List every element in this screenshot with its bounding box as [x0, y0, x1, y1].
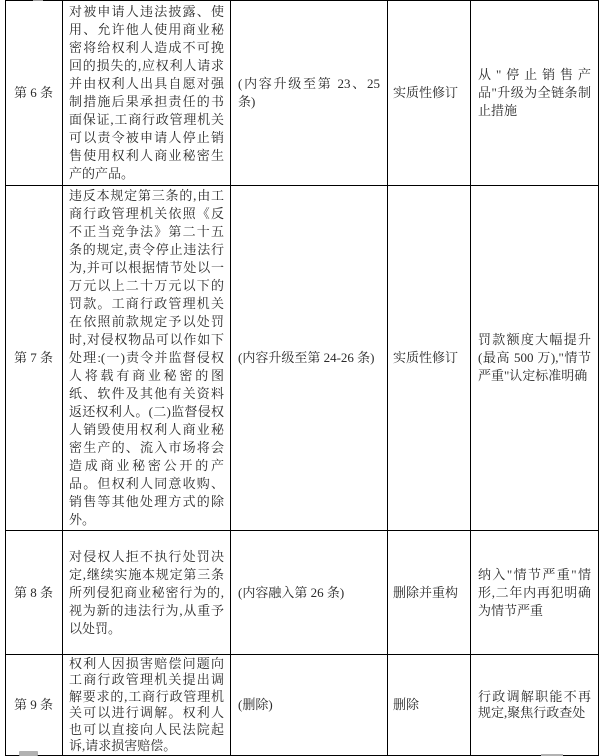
revision-comparison-table: 第 6 条 对被申请人违法披露、使用、允许他人使用商业秘密将给权利人造成不可挽回… — [5, 0, 599, 756]
comment-cell: 行政调解职能不再规定,聚焦行政查处 — [471, 655, 599, 756]
table-row: 第 8 条 对侵权人拒不执行处罚决定,继续实施本规定第三条所列侵犯商业秘密行为的… — [6, 531, 599, 655]
mapping-note-cell: (内容融入第 26 条) — [231, 531, 388, 655]
original-text-cell: 权利人因损害赔偿问题向工商行政管理机关提出调解要求的,工商行政管理机关可以进行调… — [63, 655, 231, 756]
table-row: 第 7 条 违反本规定第三条的,由工商行政管理机关依照《反不正当竞争法》第二十五… — [6, 186, 599, 531]
revision-type-cell: 删除并重构 — [388, 531, 471, 655]
mapping-note-cell: (内容升级至第 24-26 条) — [231, 186, 388, 531]
mapping-note-cell: (删除) — [231, 655, 388, 756]
article-number-cell: 第 6 条 — [6, 1, 63, 186]
comment-cell: 罚款额度大幅提升(最高 500 万),"情节严重"认定标准明确 — [471, 186, 599, 531]
table-handle-artifact-left — [19, 751, 38, 756]
revision-type-cell: 实质性修订 — [388, 1, 471, 186]
article-number-cell: 第 8 条 — [6, 531, 63, 655]
mapping-note-cell: (内容升级至第 23、25 条) — [231, 1, 388, 186]
original-text-cell: 对被申请人违法披露、使用、允许他人使用商业秘密将给权利人造成不可挽回的损失的,应… — [63, 1, 231, 186]
article-number-cell: 第 7 条 — [6, 186, 63, 531]
table-row: 第 9 条 权利人因损害赔偿问题向工商行政管理机关提出调解要求的,工商行政管理机… — [6, 655, 599, 756]
revision-type-cell: 删除 — [388, 655, 471, 756]
comment-cell: 纳入"情节严重"情形,二年内再犯明确为情节严重 — [471, 531, 599, 655]
page-edge-artifact — [33, 0, 43, 1]
original-text-cell: 违反本规定第三条的,由工商行政管理机关依照《反不正当竞争法》第二十五条的规定,责… — [63, 186, 231, 531]
comment-cell: 从"停止销售产品"升级为全链条制止措施 — [471, 1, 599, 186]
table-row: 第 6 条 对被申请人违法披露、使用、允许他人使用商业秘密将给权利人造成不可挽回… — [6, 1, 599, 186]
original-text-cell: 对侵权人拒不执行处罚决定,继续实施本规定第三条所列侵犯商业秘密行为的,视为新的违… — [63, 531, 231, 655]
article-number-cell: 第 9 条 — [6, 655, 63, 756]
revision-type-cell: 实质性修订 — [388, 186, 471, 531]
